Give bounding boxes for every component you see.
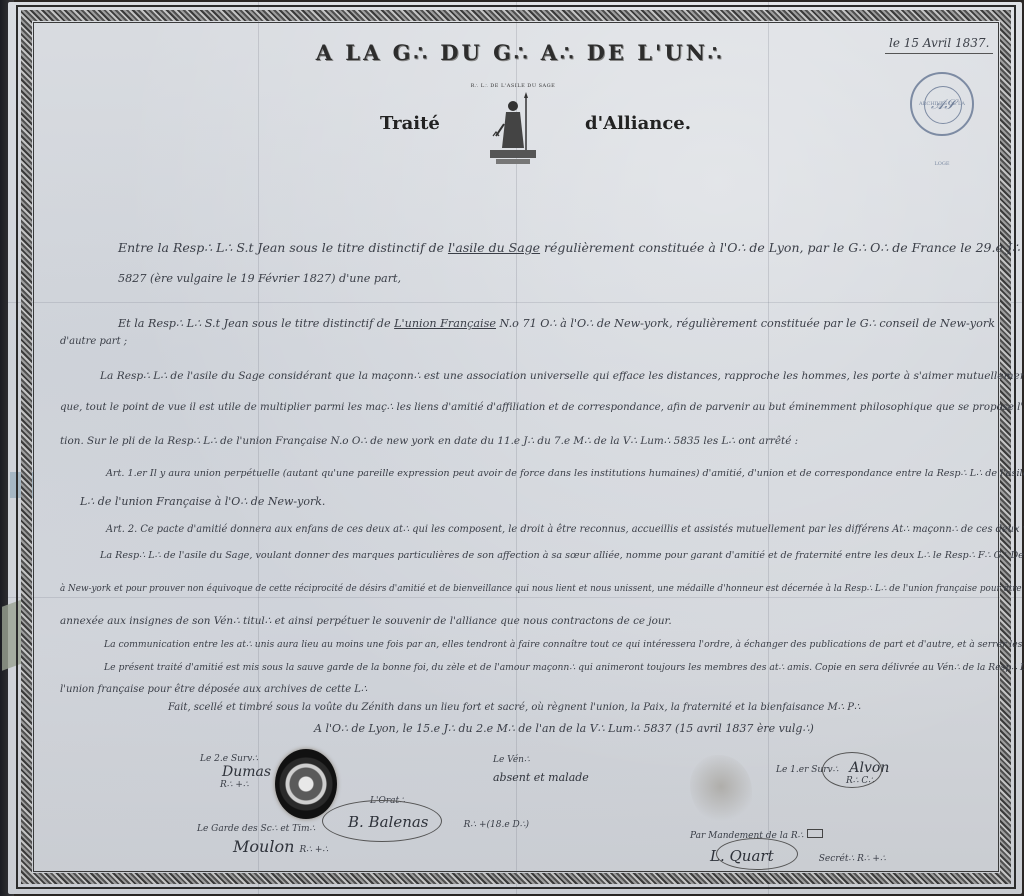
body-line: Entre la Resp∴ L∴ S.t Jean sous le titre… xyxy=(118,240,1024,255)
wax-seal-icon xyxy=(275,749,337,819)
body-line: La Resp∴ L∴ de l'asile du Sage, voulant … xyxy=(100,550,1024,561)
lodge-name-union-francaise: L'union Française xyxy=(394,317,496,330)
title-alliance: d'Alliance. xyxy=(585,113,691,134)
title-traite: Traité xyxy=(380,113,440,134)
body-line: Le présent traité d'amitié est mis sous … xyxy=(104,662,1024,673)
body-line: Et la Resp∴ L∴ S.t Jean sous le titre di… xyxy=(118,317,995,330)
body-line: La communication entre les at∴ unis aura… xyxy=(104,639,1024,650)
lodge-symbol-icon xyxy=(807,829,823,838)
body-line: L∴ de l'union Française à l'O∴ de New-yo… xyxy=(80,495,325,508)
body-line: annexée aux insignes de son Vén∴ titul∴ … xyxy=(60,615,672,627)
stamp-monogram: 𝒜𝒮 xyxy=(924,86,962,124)
wisdom-figure-emblem-icon xyxy=(482,86,544,168)
body-line: Art. 2. Ce pacte d'amitié donnera aux en… xyxy=(106,524,1024,535)
body-line-date: A l'O∴ de Lyon, le 15.e J∴ du 2.e M∴ de … xyxy=(314,722,814,735)
signature-flourish xyxy=(322,800,442,842)
lodge-name-asile-du-sage: l'asile du Sage xyxy=(448,240,540,255)
archive-stamp: ARCHIVES DE LA LOGE 𝒜𝒮 xyxy=(910,72,974,136)
signature-flourish xyxy=(716,838,798,870)
body-line: 5827 (ère vulgaire le 19 Février 1827) d… xyxy=(118,272,401,285)
signature-second-surveillant: Le 2.e Surv∴ Dumas R∴ +∴ xyxy=(200,754,271,790)
body-line: La Resp∴ L∴ de l'asile du Sage considéra… xyxy=(100,370,1024,382)
body-line: l'union française pour être déposée aux … xyxy=(60,684,367,695)
body-line: d'autre part ; xyxy=(60,336,127,347)
body-line: Fait, scellé et timbré sous la voûte du … xyxy=(168,702,860,713)
date-annotation: le 15 Avril 1837. xyxy=(885,36,993,54)
document-header: A LA G∴ DU G∴ A∴ DE L'UN∴ xyxy=(280,40,760,65)
signature-flourish xyxy=(822,752,882,788)
signature-garde-des-sceaux: Le Garde des Sc∴ et Tim∴ Moulon R∴ +∴ xyxy=(197,824,328,856)
body-line: Art. 1.er Il y aura union perpétuelle (a… xyxy=(106,468,1024,479)
body-line: que, tout le point de vue il est utile d… xyxy=(60,402,1024,413)
body-line: à New-york et pour prouver non équivoque… xyxy=(60,584,1024,594)
signature-venerable: Le Vén∴ absent et malade xyxy=(493,755,589,784)
body-line: tion. Sur le pli de la Resp∴ L∴ de l'uni… xyxy=(60,435,798,447)
